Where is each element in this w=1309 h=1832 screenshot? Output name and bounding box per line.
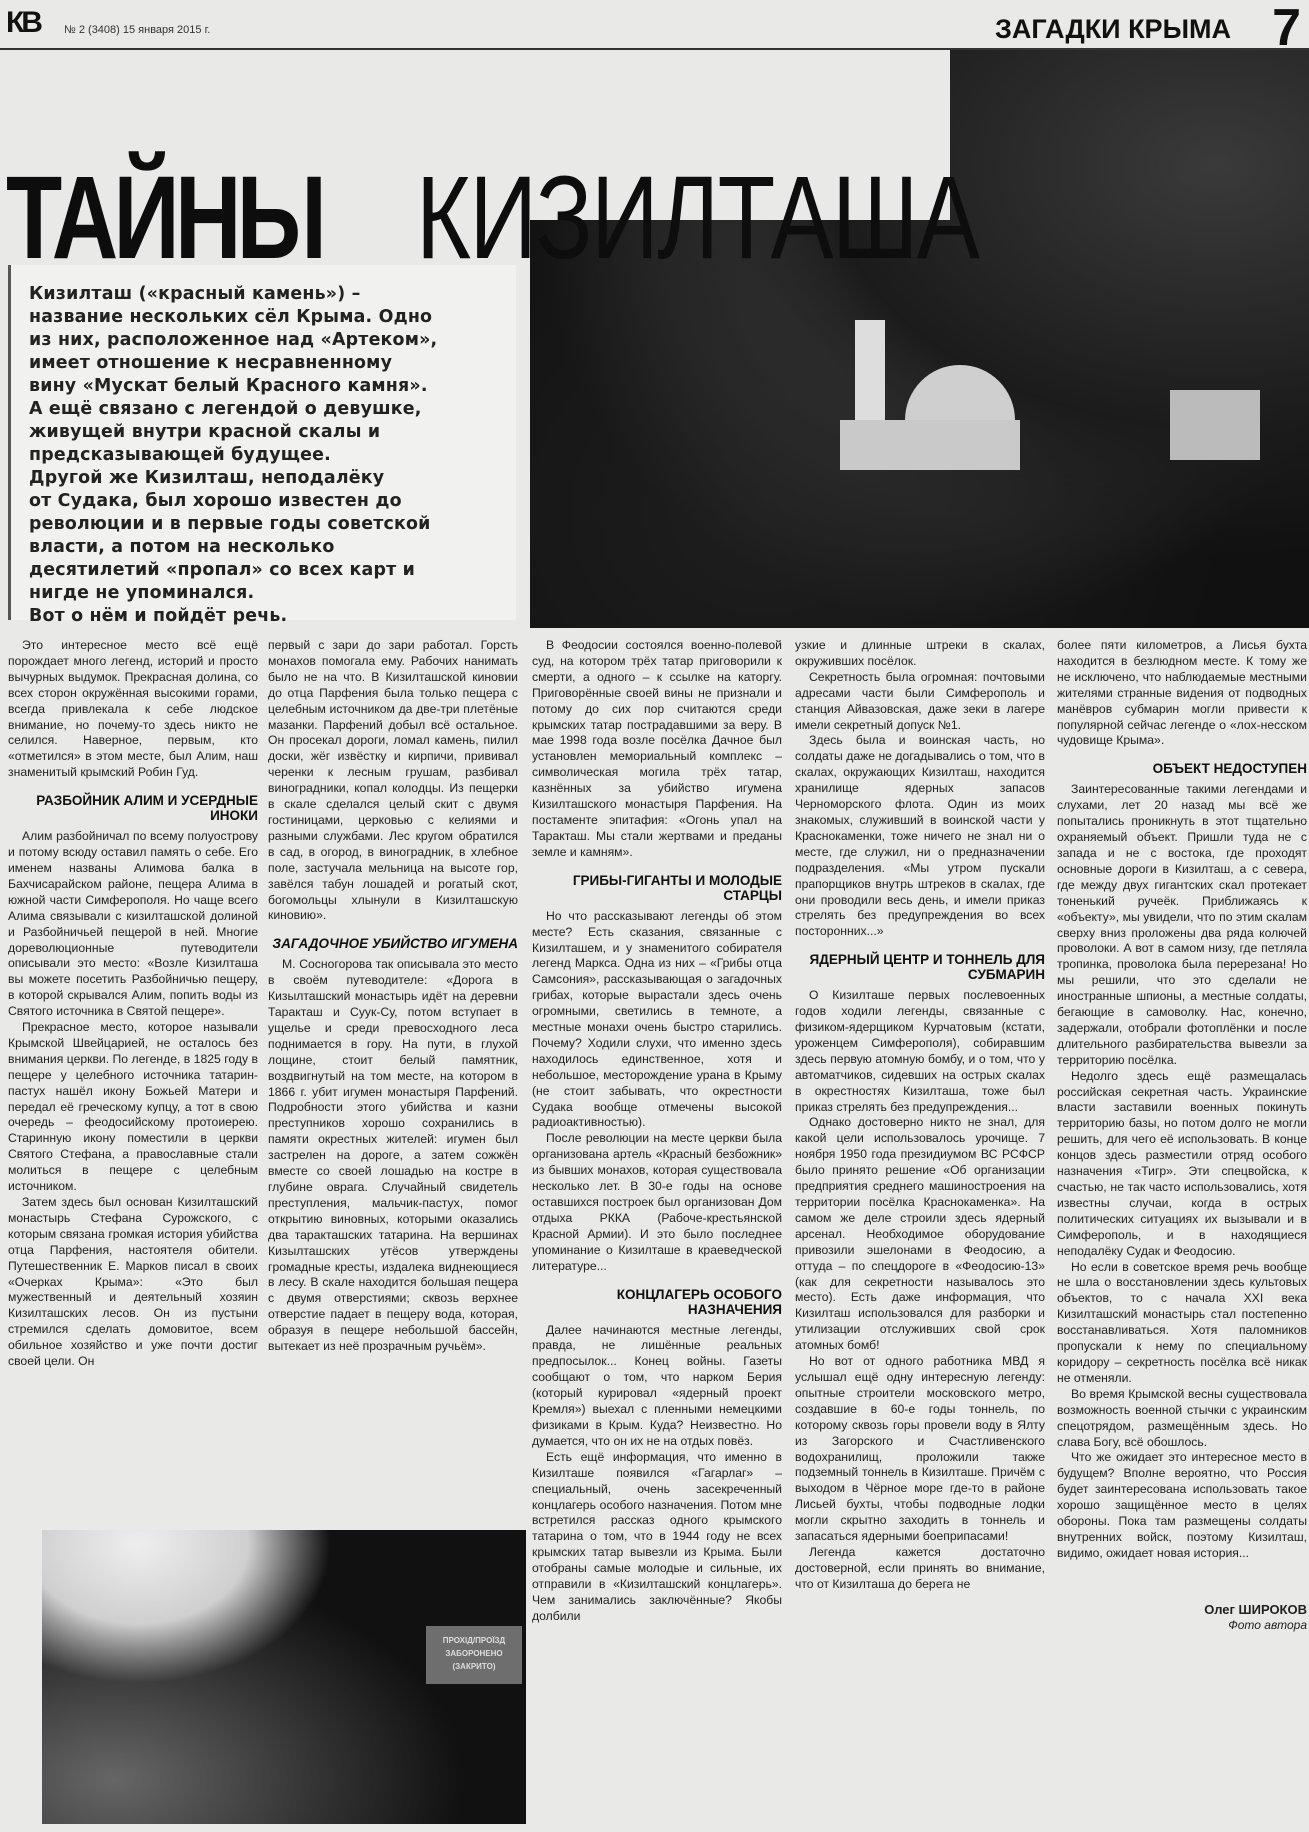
no-entry-sign: ПРОХІД/ПРОЇЗД ЗАБОРОНЕНО (ЗАКРИТО) (426, 1626, 522, 1684)
paragraph: Заинтересованные такими легендами и слух… (1057, 782, 1307, 1068)
paragraph: Алим разбойничал по всему полуострову и … (8, 829, 258, 1020)
column-2: первый с зари до зари работал. Горсть мо… (268, 638, 518, 1355)
paragraph: первый с зари до зари работал. Горсть мо… (268, 638, 518, 924)
photo-credit: Фото автора (1057, 1618, 1307, 1634)
subheading: РАЗБОЙНИК АЛИМ И УСЕРДНЫЕ ИНОКИ (8, 793, 258, 823)
paragraph: Есть ещё информация, что именно в Кизилт… (532, 1450, 782, 1625)
column-5: более пяти километров, а Лисья бухта нах… (1057, 638, 1307, 1634)
headline-bold: ТАЙНЫ (6, 159, 326, 277)
subheading: ОБЪЕКТ НЕДОСТУПЕН (1057, 761, 1307, 776)
paragraph: Это интересное место всё ещё порождает м… (8, 638, 258, 781)
paragraph: Но если в советское время речь вообще не… (1057, 1260, 1307, 1387)
subheading: ГРИБЫ-ГИГАНТЫ И МОЛОДЫЕ СТАРЦЫ (532, 873, 782, 903)
issue-info: № 2 (3408) 15 января 2015 г. (64, 24, 210, 36)
paragraph: В Феодосии состоялся военно-полевой суд,… (532, 638, 782, 861)
subheading: ЗАГАДОЧНОЕ УБИЙСТВО ИГУМЕНА (268, 936, 518, 951)
column-3: В Феодосии состоялся военно-полевой суд,… (532, 638, 782, 1625)
paragraph: Однако достоверно никто не знал, для как… (795, 1115, 1045, 1354)
paragraph: Прекрасное место, которое называли Крымс… (8, 1020, 258, 1195)
paragraph: узкие и длинные штреки в скалах, окружив… (795, 638, 1045, 670)
paragraph: Далее начинаются местные легенды, правда… (532, 1323, 782, 1450)
author-signature: Олег ШИРОКОВ (1057, 1602, 1307, 1618)
page-header: КВ № 2 (3408) 15 января 2015 г. ЗАГАДКИ … (0, 0, 1309, 46)
paragraph: Недолго здесь ещё размещалась российская… (1057, 1069, 1307, 1260)
headline: ТАЙНЫКИЗИЛТАША (6, 159, 1119, 277)
column-1: Это интересное место всё ещё порождает м… (8, 638, 258, 1370)
subheading: КОНЦЛАГЕРЬ ОСОБОГО НАЗНАЧЕНИЯ (532, 1287, 782, 1317)
paragraph: Затем здесь был основан Кизилташский мон… (8, 1195, 258, 1370)
paragraph: М. Сосногорова так описывала это место в… (268, 957, 518, 1355)
paragraph: Но вот от одного работника МВД я услышал… (795, 1354, 1045, 1545)
subheading: ЯДЕРНЫЙ ЦЕНТР И ТОННЕЛЬ ДЛЯ СУБМАРИН (795, 952, 1045, 982)
building-image (1170, 390, 1260, 460)
paragraph: Что же ожидает это интересное место в бу… (1057, 1450, 1307, 1561)
church-body (840, 420, 1020, 470)
paragraph: Здесь была и воинская часть, но солдаты … (795, 733, 1045, 940)
main-photo (530, 50, 1309, 628)
paragraph: Но что рассказывают легенды об этом мест… (532, 909, 782, 1132)
forest-photo: ПРОХІД/ПРОЇЗД ЗАБОРОНЕНО (ЗАКРИТО) (42, 1530, 526, 1824)
paragraph: После революции на месте церкви была орг… (532, 1131, 782, 1274)
lead-box: Кизилташ («красный камень») – название н… (8, 265, 516, 620)
paragraph: Секретность была огромная: почтовыми адр… (795, 670, 1045, 734)
paragraph: О Кизилташе первых послевоенных годов хо… (795, 988, 1045, 1115)
column-4: узкие и длинные штреки в скалах, окружив… (795, 638, 1045, 1593)
church-image (830, 320, 1020, 480)
paragraph: Легенда кажется достаточно достоверной, … (795, 1545, 1045, 1593)
paragraph: более пяти километров, а Лисья бухта нах… (1057, 638, 1307, 749)
paragraph: Во время Крымской весны существовала воз… (1057, 1387, 1307, 1451)
headline-light: КИЗИЛТАША (416, 159, 978, 277)
lead-text: Кизилташ («красный камень») – название н… (29, 283, 504, 628)
bell-tower (855, 320, 885, 430)
section-rubric: ЗАГАДКИ КРЫМА (995, 14, 1231, 45)
newspaper-logo: КВ (6, 6, 40, 40)
